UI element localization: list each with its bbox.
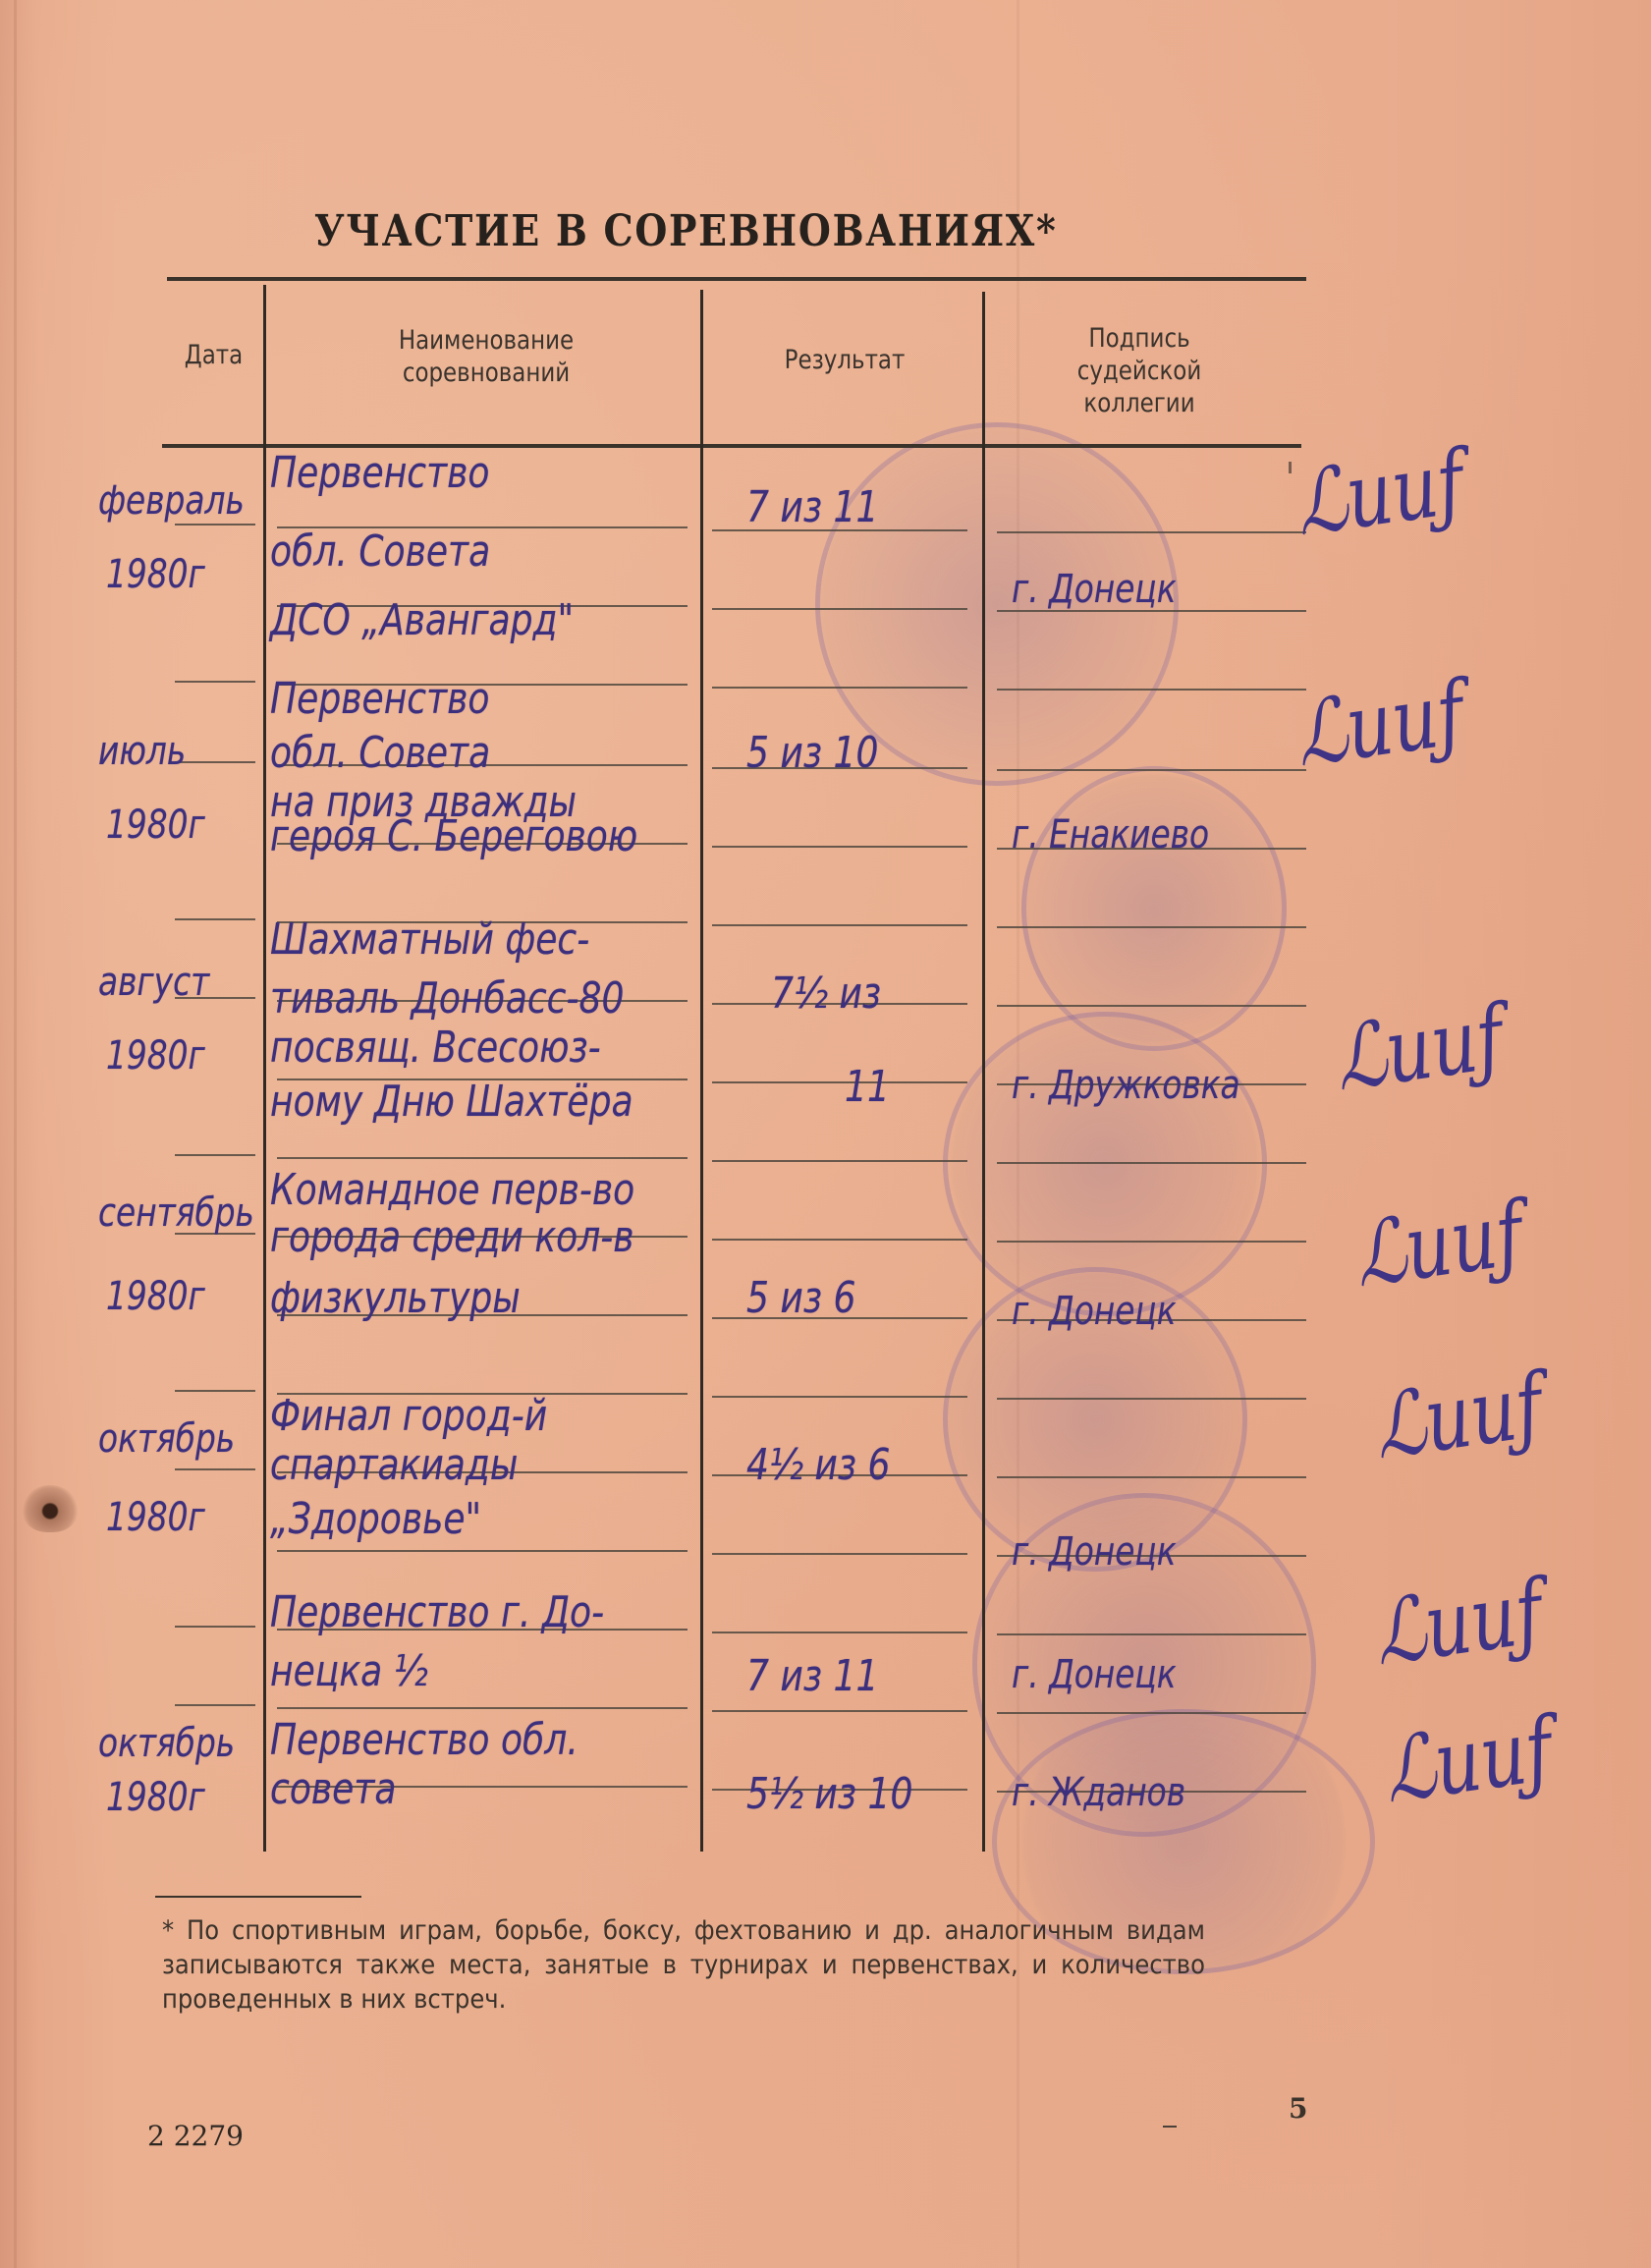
table-top-rule [167, 277, 1306, 281]
ruled-line [997, 689, 1306, 691]
page-title: УЧАСТИЕ В СОРЕВНОВАНИЯХ* [314, 206, 1057, 256]
footnote-rule [155, 1896, 361, 1898]
entry-date: октябрь [98, 1419, 235, 1459]
entry-competition-name: совета [270, 1768, 397, 1811]
entry-place: г. Донецк [1012, 1532, 1177, 1572]
entry-competition-name: героя С. Береговою [270, 815, 637, 858]
entry-place: г. Донецк [1012, 1292, 1177, 1331]
entry-place: г. Дружковка [1012, 1066, 1240, 1105]
column-divider [982, 292, 985, 1852]
entry-competition-name: Первенство обл. [270, 1719, 578, 1762]
entry-result: 7 из 11 [746, 486, 878, 529]
ruled-line [175, 918, 255, 920]
ruled-line [997, 926, 1306, 928]
entry-competition-name: Командное перв-во [270, 1169, 634, 1212]
footnote: * По спортивным играм, борьбе, боксу, фе… [162, 1913, 1205, 2017]
entry-competition-name: тиваль Донбасс-80 [270, 977, 624, 1021]
ruled-line [712, 846, 967, 848]
ruled-line [175, 1154, 255, 1156]
entry-date: 1980г [106, 555, 205, 594]
entry-date: июль [98, 732, 186, 771]
judge-signature: ℒuuƒ [1330, 994, 1509, 1105]
column-header-signature: Подпись судейской коллегии [1056, 322, 1223, 419]
entry-place: г. Донецк [1012, 1655, 1177, 1694]
entry-competition-name: города среди кол-в [270, 1216, 634, 1259]
entry-date: 1980г [106, 1036, 205, 1076]
column-header-name: Наименование соревнований [349, 324, 625, 389]
ruled-line [997, 1162, 1306, 1164]
ruled-line [175, 1390, 255, 1392]
entry-competition-name: физкультуры [270, 1277, 521, 1320]
entry-competition-name: обл. Совета [270, 732, 490, 775]
entry-competition-name: Шахматный фес- [270, 918, 589, 962]
ruled-line [712, 1396, 967, 1398]
ruled-line [997, 1476, 1306, 1478]
ruled-line [712, 1553, 967, 1555]
ruled-line [712, 1710, 967, 1712]
dash-mark [1163, 2126, 1177, 2128]
ruled-line [277, 1157, 688, 1159]
ruled-line [277, 1550, 688, 1552]
ruled-line [712, 687, 967, 689]
ruled-line [997, 1712, 1306, 1714]
ruled-line [997, 1398, 1306, 1400]
column-header-date: Дата [170, 339, 257, 371]
entry-competition-name: Первенство г. До- [270, 1591, 604, 1634]
judge-signature: ℒuuƒ [1369, 1569, 1548, 1680]
print-code: 2 2279 [147, 2120, 244, 2152]
entry-place: г. Жданов [1012, 1773, 1185, 1812]
entry-date: 1980г [106, 1498, 205, 1537]
judge-signature: ℒuuƒ [1291, 670, 1469, 781]
entry-result: 5½ из 10 [746, 1773, 912, 1816]
judge-signature: ℒuuƒ [1349, 1190, 1528, 1301]
ruled-line [712, 1632, 967, 1633]
ruled-line [997, 531, 1306, 533]
entry-competition-name: Первенство [270, 452, 489, 495]
entry-competition-name: посвящ. Всесоюз- [270, 1026, 601, 1070]
ruled-line [712, 1160, 967, 1162]
entry-competition-name: Первенство [270, 678, 489, 721]
ruled-line [712, 608, 967, 610]
ruled-line [712, 1081, 967, 1083]
entry-result: 4½ из 6 [746, 1444, 890, 1487]
column-divider [263, 285, 266, 1852]
ruled-line [277, 1707, 688, 1709]
entry-date: октябрь [98, 1724, 235, 1763]
entry-result: 11 [845, 1066, 890, 1109]
entry-competition-name: спартакиады [270, 1444, 518, 1487]
entry-competition-name: ному Дню Шахтёра [270, 1080, 633, 1124]
entry-date: август [98, 963, 209, 1002]
paper-fold [14, 0, 17, 2268]
entry-result: 5 из 10 [746, 732, 878, 775]
ruled-line [712, 924, 967, 926]
ink-stain [22, 1485, 79, 1532]
stamp-impression [1021, 766, 1287, 1051]
ruled-line [997, 1633, 1306, 1635]
entry-result: 5 из 6 [746, 1277, 855, 1320]
entry-competition-name: „Здоровье" [270, 1498, 481, 1541]
judge-signature: ℒuuƒ [1379, 1706, 1558, 1817]
ruled-line [175, 1468, 255, 1470]
ruled-line [175, 761, 255, 763]
entry-place: г. Енакиево [1012, 815, 1209, 855]
judge-signature: ℒuuƒ [1369, 1362, 1548, 1473]
ruled-line [997, 1241, 1306, 1243]
entry-date: сентябрь [98, 1193, 254, 1233]
entry-result: 7½ из [771, 972, 881, 1016]
ruled-line [175, 1704, 255, 1706]
entry-competition-name: Финал город-й [270, 1395, 547, 1438]
entry-competition-name: нецка ½ [270, 1650, 428, 1693]
entry-result: 7 из 11 [746, 1655, 878, 1698]
ruled-line [175, 524, 255, 526]
entry-date: 1980г [106, 1778, 205, 1817]
entry-date: февраль [98, 481, 245, 521]
entry-competition-name: обл. Совета [270, 530, 490, 574]
ruled-line [175, 681, 255, 683]
ruled-line [997, 769, 1306, 771]
column-divider [700, 290, 703, 1852]
ruled-line [997, 1005, 1306, 1007]
entry-competition-name: ДСО „Авангард" [270, 599, 574, 642]
judge-signature: ℒuuƒ [1291, 439, 1469, 550]
ruled-line [175, 1626, 255, 1628]
page-number: 5 [1289, 2092, 1307, 2125]
column-header-result: Результат [737, 344, 954, 376]
entry-date: 1980г [106, 1277, 205, 1316]
entry-date: 1980г [106, 805, 205, 845]
entry-place: г. Донецк [1012, 570, 1177, 609]
ruled-line [712, 1239, 967, 1241]
